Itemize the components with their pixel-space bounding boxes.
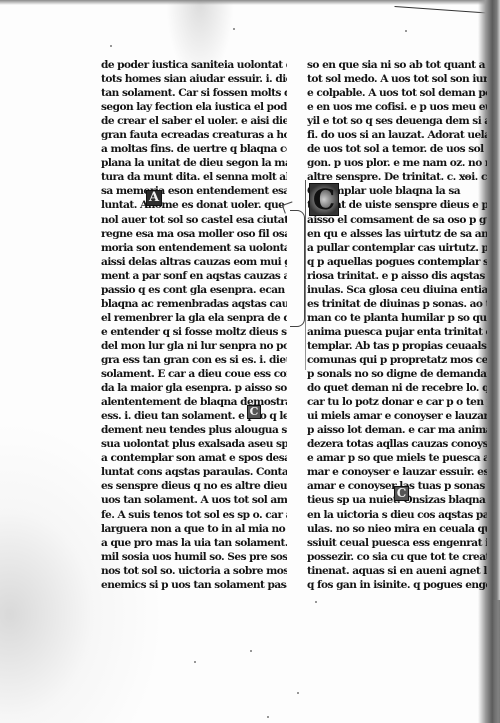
text-line: a que pro mas la uia tan solament. hu bbox=[101, 536, 287, 550]
speck bbox=[194, 661, 196, 663]
speck bbox=[315, 601, 317, 603]
speck bbox=[233, 28, 235, 30]
text-line: e colpable. A uos tot sol deman perdo bbox=[307, 86, 487, 100]
text-line: en qu e alsses las uirtutz de sa anima bbox=[307, 227, 487, 241]
text-line: q fos gan in isinite. q pogues engen bbox=[307, 578, 487, 592]
margin-mark: ~ bbox=[462, 170, 471, 183]
text-line: sa memoria eson entendement esa uo bbox=[101, 184, 287, 198]
text-line: templar. Ab tas p propias ceuaals uirtu bbox=[307, 339, 487, 353]
margin-bracket bbox=[290, 210, 305, 327]
speck bbox=[110, 45, 112, 47]
text-line: e entender q si fosse moltz dieus senspr… bbox=[101, 325, 287, 339]
text-line: nos tot sol so. uictoria a sobre mos bbox=[101, 564, 287, 578]
text-line: so en que sia ni so ab tot quant a apot bbox=[307, 58, 487, 72]
text-line: tot sol medo. A uos tot sol son iurrado bbox=[307, 72, 487, 86]
text-line: a pullar contemplar cas uirtutz. p tal bbox=[307, 241, 487, 255]
text-line: mil sosia uos humil so. Ses pre sosi de bbox=[101, 550, 287, 564]
text-line: e en uos me cofisi. e p uos meu eu en bbox=[307, 100, 487, 114]
text-line: e amar p so que miels te puesca a bbox=[307, 451, 487, 465]
decorated-initial-a: A bbox=[146, 190, 162, 206]
text-line: tura da munt dita. el senna molt alt bbox=[101, 170, 287, 184]
text-line: dement neu tendes plus alougua so la bbox=[101, 423, 287, 437]
text-line: car tu lo potz donar e car p o ten p bbox=[307, 395, 487, 409]
text-line: del mon lur gla ni lur senpra no po bbox=[101, 339, 287, 353]
text-line: segon lay fection ela iustica el poder bbox=[101, 100, 287, 114]
text-line: regne esa ma osa moller oso fil osa me bbox=[101, 227, 287, 241]
decorated-initial-c-right: C bbox=[394, 486, 409, 501]
text-line: da la maior gla esenpra. p aisso so bbox=[101, 381, 287, 395]
speck bbox=[297, 692, 299, 694]
text-line: fe. A suis tenos tot sol es sp o. car al bbox=[101, 508, 287, 522]
text-line: moria son entendement sa uolontat. bbox=[101, 241, 287, 255]
text-line: a contemplar son amat e spos desa uo bbox=[101, 451, 287, 465]
decorated-initial-c-left: C bbox=[247, 405, 261, 419]
text-line: gon. p uos plor. e me nam oz. no mel bbox=[307, 156, 487, 170]
text-line: de uos tot sol a temor. de uos sol amar bbox=[307, 142, 487, 156]
text-line: nol auer tot sol so castel esa ciutat os… bbox=[101, 213, 287, 227]
text-line: riosa trinitat. e p aisso dis aqstas ps bbox=[307, 269, 487, 283]
text-line: uos tan solament. A uos tot sol ami te m… bbox=[101, 493, 287, 507]
text-line: gra ess tan gran con es si es. i. dieu t… bbox=[101, 353, 287, 367]
text-line: blaqna ac remenbradas aqstas cauzas bbox=[101, 297, 287, 311]
text-line: p aisso lot deman. e car ma anima bbox=[307, 423, 487, 437]
text-line: de poder iustica saniteia uolontat que bbox=[101, 58, 287, 72]
text-line: gran fauta ecreadas creaturas a home bbox=[101, 128, 287, 142]
binding-shadow-lower bbox=[492, 600, 500, 723]
text-line: possezir. co sia cu que tot te creat sia bbox=[307, 550, 487, 564]
text-line: ulas. no so nieo mira en ceuala qu bbox=[307, 522, 487, 536]
text-line: aissi delas altras cauzas eom mui gza bbox=[101, 255, 287, 269]
speck bbox=[405, 30, 407, 32]
text-line: mar e conoyser e lauzar essuir. esar bbox=[307, 465, 487, 479]
text-line: es trinitat de diuinas p sonas. ao tot bbox=[307, 297, 487, 311]
text-line: dezera totas aqllas cauzas conoyser bbox=[307, 437, 487, 451]
text-line: comunas qui p propretatz mos ceu aals bbox=[307, 353, 487, 367]
text-line: inulas. Sca glosa ceu diuina entia cal bbox=[307, 283, 487, 297]
manuscript-page: de poder iustica saniteia uolontat queto… bbox=[0, 0, 500, 723]
speck bbox=[267, 716, 269, 718]
text-line: a moltas fins. de uertre q blaqna cotem bbox=[101, 142, 287, 156]
text-line: p sonals no so digne de demandar lo bbox=[307, 367, 487, 381]
text-line: luntat cons aqstas paraulas. Contat bbox=[101, 465, 287, 479]
text-line: tots homes sian aiudar essuir. i. dieu bbox=[101, 72, 287, 86]
text-line: en la uictoria s dieu cos aqstas paru bbox=[307, 508, 487, 522]
text-line: tinenat. aquas si en aueni agnet le bbox=[307, 564, 487, 578]
text-line: ment a par sonf en aqstas cauzas an bbox=[101, 269, 287, 283]
text-line: tan solament. Car si fossen molts dieus bbox=[101, 86, 287, 100]
speck bbox=[250, 650, 252, 652]
text-line: larguera non a que to in al mia no bbox=[101, 522, 287, 536]
text-line: es senspre dieus q no es altre dieus mas bbox=[101, 479, 287, 493]
text-line: luntat. Ahome es donat uoler. que bbox=[101, 198, 287, 212]
text-line: enemics si p uos tan solament pasaente bbox=[101, 578, 287, 592]
text-line: ssiuit ceual puesca ess engenrat in bbox=[307, 536, 487, 550]
text-line: passio q es cont gla esenpra. ecan bbox=[101, 283, 287, 297]
text-line: yil e tot so q ses deuenga dem si a. A bbox=[307, 114, 487, 128]
text-line: plana la unitat de dieu segon la manu bbox=[101, 156, 287, 170]
text-line: anima puesca pujar enta trinitat co bbox=[307, 325, 487, 339]
text-line: sua uolontat plus exalsada aseu spr bbox=[101, 437, 287, 451]
text-column-left: de poder iustica saniteia uolontat queto… bbox=[101, 58, 287, 592]
text-line: man co te planta humilar p so que na bbox=[307, 311, 487, 325]
text-line: do quet deman ni de recebre lo. quas bbox=[307, 381, 487, 395]
initial-flourish-line bbox=[305, 180, 306, 370]
text-line: solament. E car a dieu coue ess congu bbox=[101, 367, 287, 381]
text-line: ui miels amar e conoyser e lauzar bbox=[307, 409, 487, 423]
text-line: fi. do uos si an lauzat. Adorat uelament bbox=[307, 128, 487, 142]
text-column-right: so en que sia ni so ab tot quant a apott… bbox=[307, 58, 487, 592]
historiated-initial-c: C bbox=[309, 183, 339, 216]
text-line: de crear el saber el uoler. e aisi dieu … bbox=[101, 114, 287, 128]
text-line: q p aquellas pogues contemplar sa glo bbox=[307, 255, 487, 269]
text-line: el remenbrer la gla ela senpra de dieu bbox=[101, 311, 287, 325]
